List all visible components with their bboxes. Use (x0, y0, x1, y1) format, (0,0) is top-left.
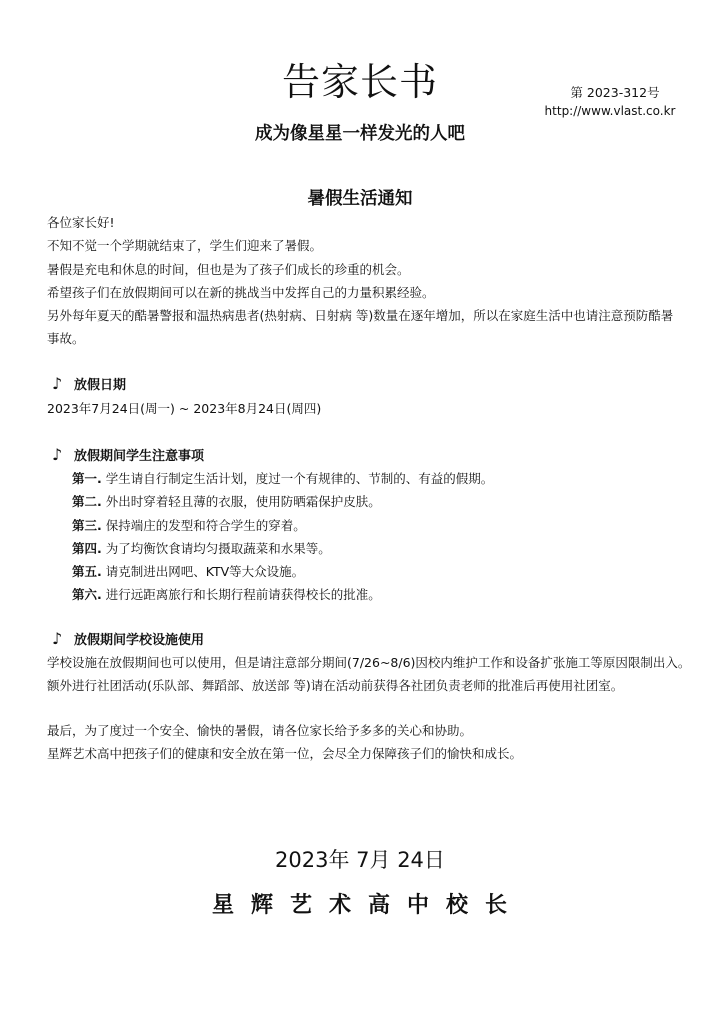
document-number: 第 2023-312号 (540, 84, 690, 102)
intro-line: 不知不觉一个学期就结束了，学生们迎来了暑假。 (47, 234, 677, 257)
item-number: 第六. (72, 587, 102, 602)
section-heading-label: 放假期间学生注意事项 (74, 449, 204, 464)
notice-title: 暑假生活通知 (0, 186, 720, 212)
facility-use-paragraph: 学校设施在放假期间也可以使用，但是请注意部分期间(7/26~8/6)因校内维护工… (47, 651, 677, 698)
intro-line: 暑假是充电和休息的时间，但也是为了孩子们成长的珍重的机会。 (47, 258, 677, 281)
website-url: http://www.vlast.co.kr (530, 102, 690, 120)
intro-line: 另外每年夏天的酷暑警报和温热病患者(热射病、日射病 等)数量在逐年增加，所以在家… (47, 304, 677, 327)
item-text: 进行远距离旅行和长期行程前请获得校长的批准。 (102, 587, 381, 602)
closing-line: 最后，为了度过一个安全、愉快的暑假，请各位家长给予多多的关心和协助。 (47, 719, 677, 742)
document-subtitle: 成为像星星一样发光的人吧 (0, 121, 720, 147)
music-note-icon: ♪ (52, 445, 74, 465)
intro-line: 事故。 (47, 327, 677, 350)
vacation-date-text: 2023年7月24日(周一) ~ 2023年8月24日(周四) (47, 397, 677, 420)
item-text: 保持端庄的发型和符合学生的穿着。 (102, 518, 306, 533)
facility-line: 额外进行社团活动(乐队部、舞蹈部、放送部 等)请在活动前获得各社团负责老师的批准… (47, 674, 677, 697)
signature-school-principal: 星辉艺术高中校长 (0, 890, 720, 922)
student-notes-list: 第一. 学生请自行制定生活计划，度过一个有规律的、节制的、有益的假期。 第二. … (72, 467, 493, 607)
closing-line: 星辉艺术高中把孩子们的健康和安全放在第一位，会尽全力保障孩子们的愉快和成长。 (47, 742, 677, 765)
list-item: 第六. 进行远距离旅行和长期行程前请获得校长的批准。 (72, 583, 493, 606)
music-note-icon: ♪ (52, 374, 74, 394)
section-heading-label: 放假期间学校设施使用 (74, 633, 204, 648)
intro-paragraph: 各位家长好! 不知不觉一个学期就结束了，学生们迎来了暑假。 暑假是充电和休息的时… (47, 211, 677, 351)
music-note-icon: ♪ (52, 629, 74, 649)
section-heading-facility-use: ♪放假期间学校设施使用 (52, 629, 204, 651)
section-heading-vacation-date: ♪放假日期 (52, 374, 126, 396)
item-text: 请克制进出网吧、KTV等大众设施。 (102, 564, 304, 579)
intro-line: 希望孩子们在放假期间可以在新的挑战当中发挥自己的力量积累经验。 (47, 281, 677, 304)
signature-date: 2023年 7月 24日 (0, 845, 720, 875)
list-item: 第三. 保持端庄的发型和符合学生的穿着。 (72, 514, 493, 537)
item-number: 第四. (72, 541, 102, 556)
item-text: 为了均衡饮食请均匀摄取蔬菜和水果等。 (102, 541, 331, 556)
vacation-date-range: 2023年7月24日(周一) ~ 2023年8月24日(周四) (47, 397, 677, 420)
item-number: 第三. (72, 518, 102, 533)
item-number: 第五. (72, 564, 102, 579)
item-number: 第一. (72, 471, 102, 486)
item-text: 外出时穿着轻且薄的衣服，使用防晒霜保护皮肤。 (102, 494, 381, 509)
list-item: 第二. 外出时穿着轻且薄的衣服，使用防晒霜保护皮肤。 (72, 490, 493, 513)
section-heading-student-notes: ♪放假期间学生注意事项 (52, 445, 204, 467)
list-item: 第一. 学生请自行制定生活计划，度过一个有规律的、节制的、有益的假期。 (72, 467, 493, 490)
section-heading-label: 放假日期 (74, 378, 126, 393)
facility-line: 学校设施在放假期间也可以使用，但是请注意部分期间(7/26~8/6)因校内维护工… (47, 651, 677, 674)
greeting-line: 各位家长好! (47, 211, 677, 234)
list-item: 第四. 为了均衡饮食请均匀摄取蔬菜和水果等。 (72, 537, 493, 560)
closing-paragraph: 最后，为了度过一个安全、愉快的暑假，请各位家长给予多多的关心和协助。 星辉艺术高… (47, 719, 677, 766)
list-item: 第五. 请克制进出网吧、KTV等大众设施。 (72, 560, 493, 583)
item-text: 学生请自行制定生活计划，度过一个有规律的、节制的、有益的假期。 (102, 471, 493, 486)
item-number: 第二. (72, 494, 102, 509)
